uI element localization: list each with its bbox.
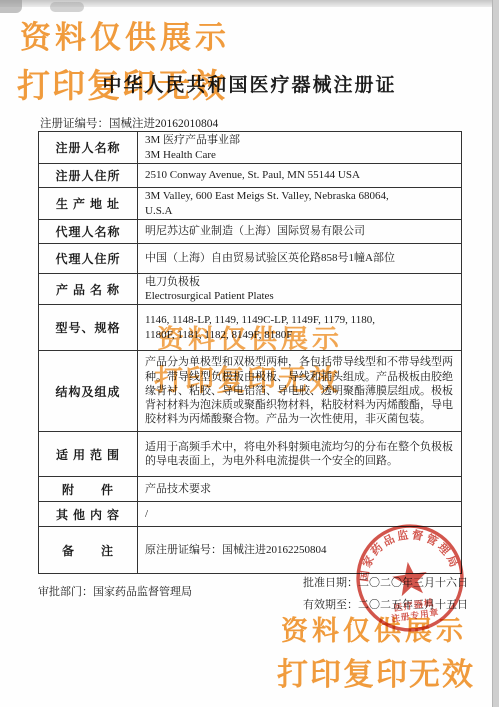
row-value: 中国（上海）自由贸易试验区英伦路858号1幢A部位 <box>138 244 461 273</box>
approval-label: 审批部门： <box>38 586 93 598</box>
watermark-invalid-middle: 打印复印无效 <box>154 358 340 399</box>
approval-department: 审批部门：国家药品监督管理局 <box>38 583 192 599</box>
row-label: 代理人住所 <box>39 244 138 273</box>
row-label: 生 产 地 址 <box>39 188 138 219</box>
row-label: 备 注 <box>39 527 138 573</box>
row-value: 电刀负极板 Electrosurgical Patient Plates <box>138 274 461 304</box>
row-value: 2510 Conway Avenue, St. Paul, MN 55144 U… <box>138 164 461 187</box>
row-label: 产 品 名 称 <box>39 274 138 304</box>
table-row: 产 品 名 称 电刀负极板 Electrosurgical Patient Pl… <box>39 273 461 304</box>
row-label: 注册人名称 <box>39 132 138 163</box>
watermark-display-top: 资料仅供展示 <box>20 12 230 57</box>
scan-smudge <box>0 0 22 13</box>
table-row: 代理人名称 明尼苏达矿业制造（上海）国际贸易有限公司 <box>39 219 461 243</box>
table-row: 生 产 地 址 3M Valley, 600 East Meigs St. Va… <box>39 187 461 219</box>
row-label: 其 他 内 容 <box>39 502 138 526</box>
cert-number-value: 国械注进20162010804 <box>109 118 218 130</box>
row-label: 附 件 <box>39 477 138 501</box>
approve-date-label: 批准日期： <box>303 577 358 589</box>
certificate-page: 中华人民共和国医疗器械注册证 注册证编号：国械注进20162010804 注册人… <box>0 0 499 707</box>
cert-number-line: 注册证编号：国械注进20162010804 <box>40 115 218 131</box>
approval-value: 国家药品监督管理局 <box>93 586 192 598</box>
row-value: 适用于高频手术中，将电外科射频电流均匀的分布在整个负极板的导电表面上，为电外科电… <box>138 432 461 476</box>
row-label: 代理人名称 <box>39 220 138 243</box>
seal-star-icon <box>390 559 429 597</box>
watermark-invalid-bottom: 打印复印无效 <box>277 649 475 694</box>
table-row: 代理人住所 中国（上海）自由贸易试验区英伦路858号1幢A部位 <box>39 243 461 273</box>
row-value: 明尼苏达矿业制造（上海）国际贸易有限公司 <box>138 220 461 243</box>
row-label: 型号、规格 <box>39 305 138 350</box>
table-row: 注册人住所 2510 Conway Avenue, St. Paul, MN 5… <box>39 163 461 187</box>
watermark-invalid-top: 打印复印无效 <box>17 60 227 107</box>
row-value: 3M Valley, 600 East Meigs St. Valley, Ne… <box>138 188 461 219</box>
watermark-display-bottom: 资料仅供展示 <box>281 609 467 648</box>
row-value: 3M 医疗产品事业部 3M Health Care <box>138 132 461 163</box>
row-label: 结构及组成 <box>39 351 138 431</box>
row-label: 适 用 范 围 <box>39 432 138 476</box>
row-value: 产品技术要求 <box>138 477 461 501</box>
cert-number-label: 注册证编号： <box>40 118 109 130</box>
table-row: 适 用 范 围 适用于高频手术中，将电外科射频电流均匀的分布在整个负极板的导电表… <box>39 431 461 476</box>
row-label: 注册人住所 <box>39 164 138 187</box>
scan-edge-right <box>492 0 499 707</box>
scan-smudge <box>50 2 84 12</box>
table-row: 附 件 产品技术要求 <box>39 476 461 501</box>
watermark-display-middle: 资料仅供展示 <box>157 318 343 355</box>
table-row: 注册人名称 3M 医疗产品事业部 3M Health Care <box>39 132 461 163</box>
